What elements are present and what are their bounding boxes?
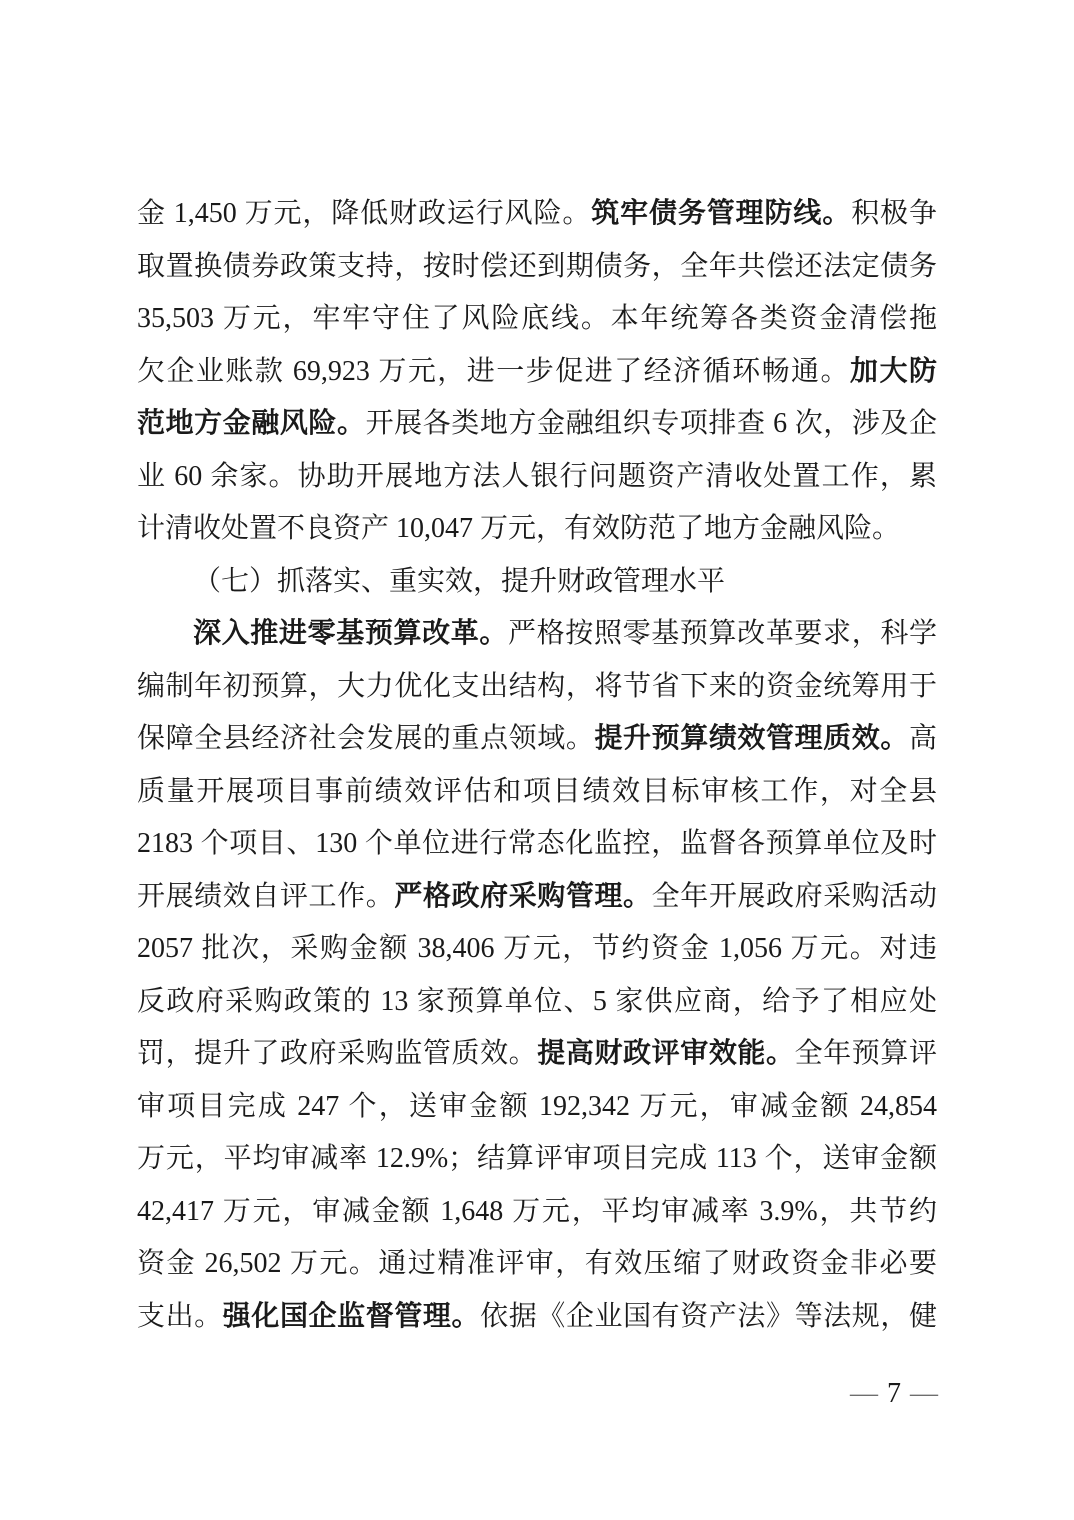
- text-line: 取置换债券政策支持，按时偿还到期债务，全年共偿还法定债务: [137, 241, 937, 294]
- text-line: 2057 批次，采购金额 38,406 万元，节约资金 1,056 万元。对违: [137, 923, 937, 976]
- text-segment: 计清收处置不良资产 10,047 万元，有效防范了地方金融风险。: [137, 513, 900, 544]
- text-line: 开展绩效自评工作。严格政府采购管理。全年开展政府采购活动: [137, 871, 937, 924]
- bold-phrase: 提高财政评审效能。: [537, 1038, 794, 1069]
- text-segment: 全年开展政府采购活动: [652, 881, 937, 912]
- section-heading: （七）抓落实、重实效，提升财政管理水平: [137, 556, 937, 609]
- text-segment: 2057 批次，采购金额 38,406 万元，节约资金 1,056 万元。对违: [137, 933, 937, 964]
- text-segment: 审项目完成 247 个，送审金额 192,342 万元，审减金额 24,854: [137, 1091, 937, 1122]
- text-line: 万元，平均审减率 12.9%；结算评审项目完成 113 个，送审金额: [137, 1133, 937, 1186]
- text-line: 审项目完成 247 个，送审金额 192,342 万元，审减金额 24,854: [137, 1081, 937, 1134]
- text-line: 35,503 万元，牢牢守住了风险底线。本年统筹各类资金清偿拖: [137, 293, 937, 346]
- bold-phrase: 筑牢债务管理防线。: [591, 198, 851, 229]
- text-segment: 资金 26,502 万元。通过精准评审，有效压缩了财政资金非必要: [137, 1248, 937, 1279]
- text-line: 反政府采购政策的 13 家预算单位、5 家供应商，给予了相应处: [137, 976, 937, 1029]
- page-number: 7: [887, 1378, 901, 1409]
- footer-dash-left: —: [850, 1378, 878, 1409]
- text-line: 保障全县经济社会发展的重点领域。提升预算绩效管理质效。高: [137, 713, 937, 766]
- text-segment: 35,503 万元，牢牢守住了风险底线。本年统筹各类资金清偿拖: [137, 303, 937, 334]
- heading-text: （七）抓落实、重实效，提升财政管理水平: [193, 566, 725, 597]
- text-line: 深入推进零基预算改革。严格按照零基预算改革要求，科学: [137, 608, 937, 661]
- text-segment: 编制年初预算，大力优化支出结构，将节省下来的资金统筹用于: [137, 671, 937, 702]
- text-segment: 罚，提升了政府采购监管质效。: [137, 1038, 537, 1069]
- footer-dash-right: —: [910, 1378, 938, 1409]
- text-segment: 欠企业账款 69,923 万元，进一步促进了经济循环畅通。: [137, 356, 850, 387]
- text-segment: 高: [909, 723, 937, 754]
- text-segment: 取置换债券政策支持，按时偿还到期债务，全年共偿还法定债务: [137, 251, 937, 282]
- text-segment: 金 1,450 万元，降低财政运行风险。: [137, 198, 591, 229]
- text-segment: 万元，平均审减率 12.9%；结算评审项目完成 113 个，送审金额: [137, 1143, 937, 1174]
- text-segment: 2183 个项目、130 个单位进行常态化监控，监督各预算单位及时: [137, 828, 937, 859]
- bold-phrase: 加大防: [850, 356, 937, 387]
- text-line: 2183 个项目、130 个单位进行常态化监控，监督各预算单位及时: [137, 818, 937, 871]
- bold-phrase: 深入推进零基预算改革。: [193, 618, 508, 649]
- page-footer: —7—: [850, 1378, 938, 1410]
- text-segment: 支出。: [137, 1301, 223, 1332]
- text-line: 编制年初预算，大力优化支出结构，将节省下来的资金统筹用于: [137, 661, 937, 714]
- text-segment: 依据《企业国有资产法》等法规，健: [480, 1301, 937, 1332]
- text-line: 金 1,450 万元，降低财政运行风险。筑牢债务管理防线。积极争: [137, 188, 937, 241]
- text-line: 质量开展项目事前绩效评估和项目绩效目标审核工作，对全县: [137, 766, 937, 819]
- text-line: 42,417 万元，审减金额 1,648 万元，平均审减率 3.9%，共节约: [137, 1186, 937, 1239]
- text-line: 业 60 余家。协助开展地方法人银行问题资产清收处置工作，累: [137, 451, 937, 504]
- text-segment: 开展绩效自评工作。: [137, 881, 394, 912]
- text-segment: 反政府采购政策的 13 家预算单位、5 家供应商，给予了相应处: [137, 986, 937, 1017]
- text-block: 金 1,450 万元，降低财政运行风险。筑牢债务管理防线。积极争 取置换债券政策…: [137, 188, 937, 1343]
- text-segment: 积极争: [851, 198, 937, 229]
- text-segment: 保障全县经济社会发展的重点领域。: [137, 723, 594, 754]
- bold-phrase: 强化国企监督管理。: [223, 1301, 480, 1332]
- text-segment: 开展各类地方金融组织专项排查 6 次，涉及企: [366, 408, 937, 439]
- text-line: 欠企业账款 69,923 万元，进一步促进了经济循环畅通。加大防: [137, 346, 937, 399]
- document-page: { "colors": { "background": "#ffffff", "…: [0, 0, 1074, 1520]
- bold-phrase: 范地方金融风险。: [137, 408, 366, 439]
- text-line: 计清收处置不良资产 10,047 万元，有效防范了地方金融风险。: [137, 503, 937, 556]
- text-segment: 业 60 余家。协助开展地方法人银行问题资产清收处置工作，累: [137, 461, 937, 492]
- bold-phrase: 提升预算绩效管理质效。: [594, 723, 909, 754]
- bold-phrase: 严格政府采购管理。: [394, 881, 651, 912]
- text-line: 资金 26,502 万元。通过精准评审，有效压缩了财政资金非必要: [137, 1238, 937, 1291]
- text-line: 范地方金融风险。开展各类地方金融组织专项排查 6 次，涉及企: [137, 398, 937, 451]
- text-segment: 全年预算评: [795, 1038, 937, 1069]
- text-line: 罚，提升了政府采购监管质效。提高财政评审效能。全年预算评: [137, 1028, 937, 1081]
- text-line: 支出。强化国企监督管理。依据《企业国有资产法》等法规，健: [137, 1291, 937, 1344]
- text-segment: 质量开展项目事前绩效评估和项目绩效目标审核工作，对全县: [137, 776, 937, 807]
- text-segment: 严格按照零基预算改革要求，科学: [508, 618, 937, 649]
- text-segment: 42,417 万元，审减金额 1,648 万元，平均审减率 3.9%，共节约: [137, 1196, 937, 1227]
